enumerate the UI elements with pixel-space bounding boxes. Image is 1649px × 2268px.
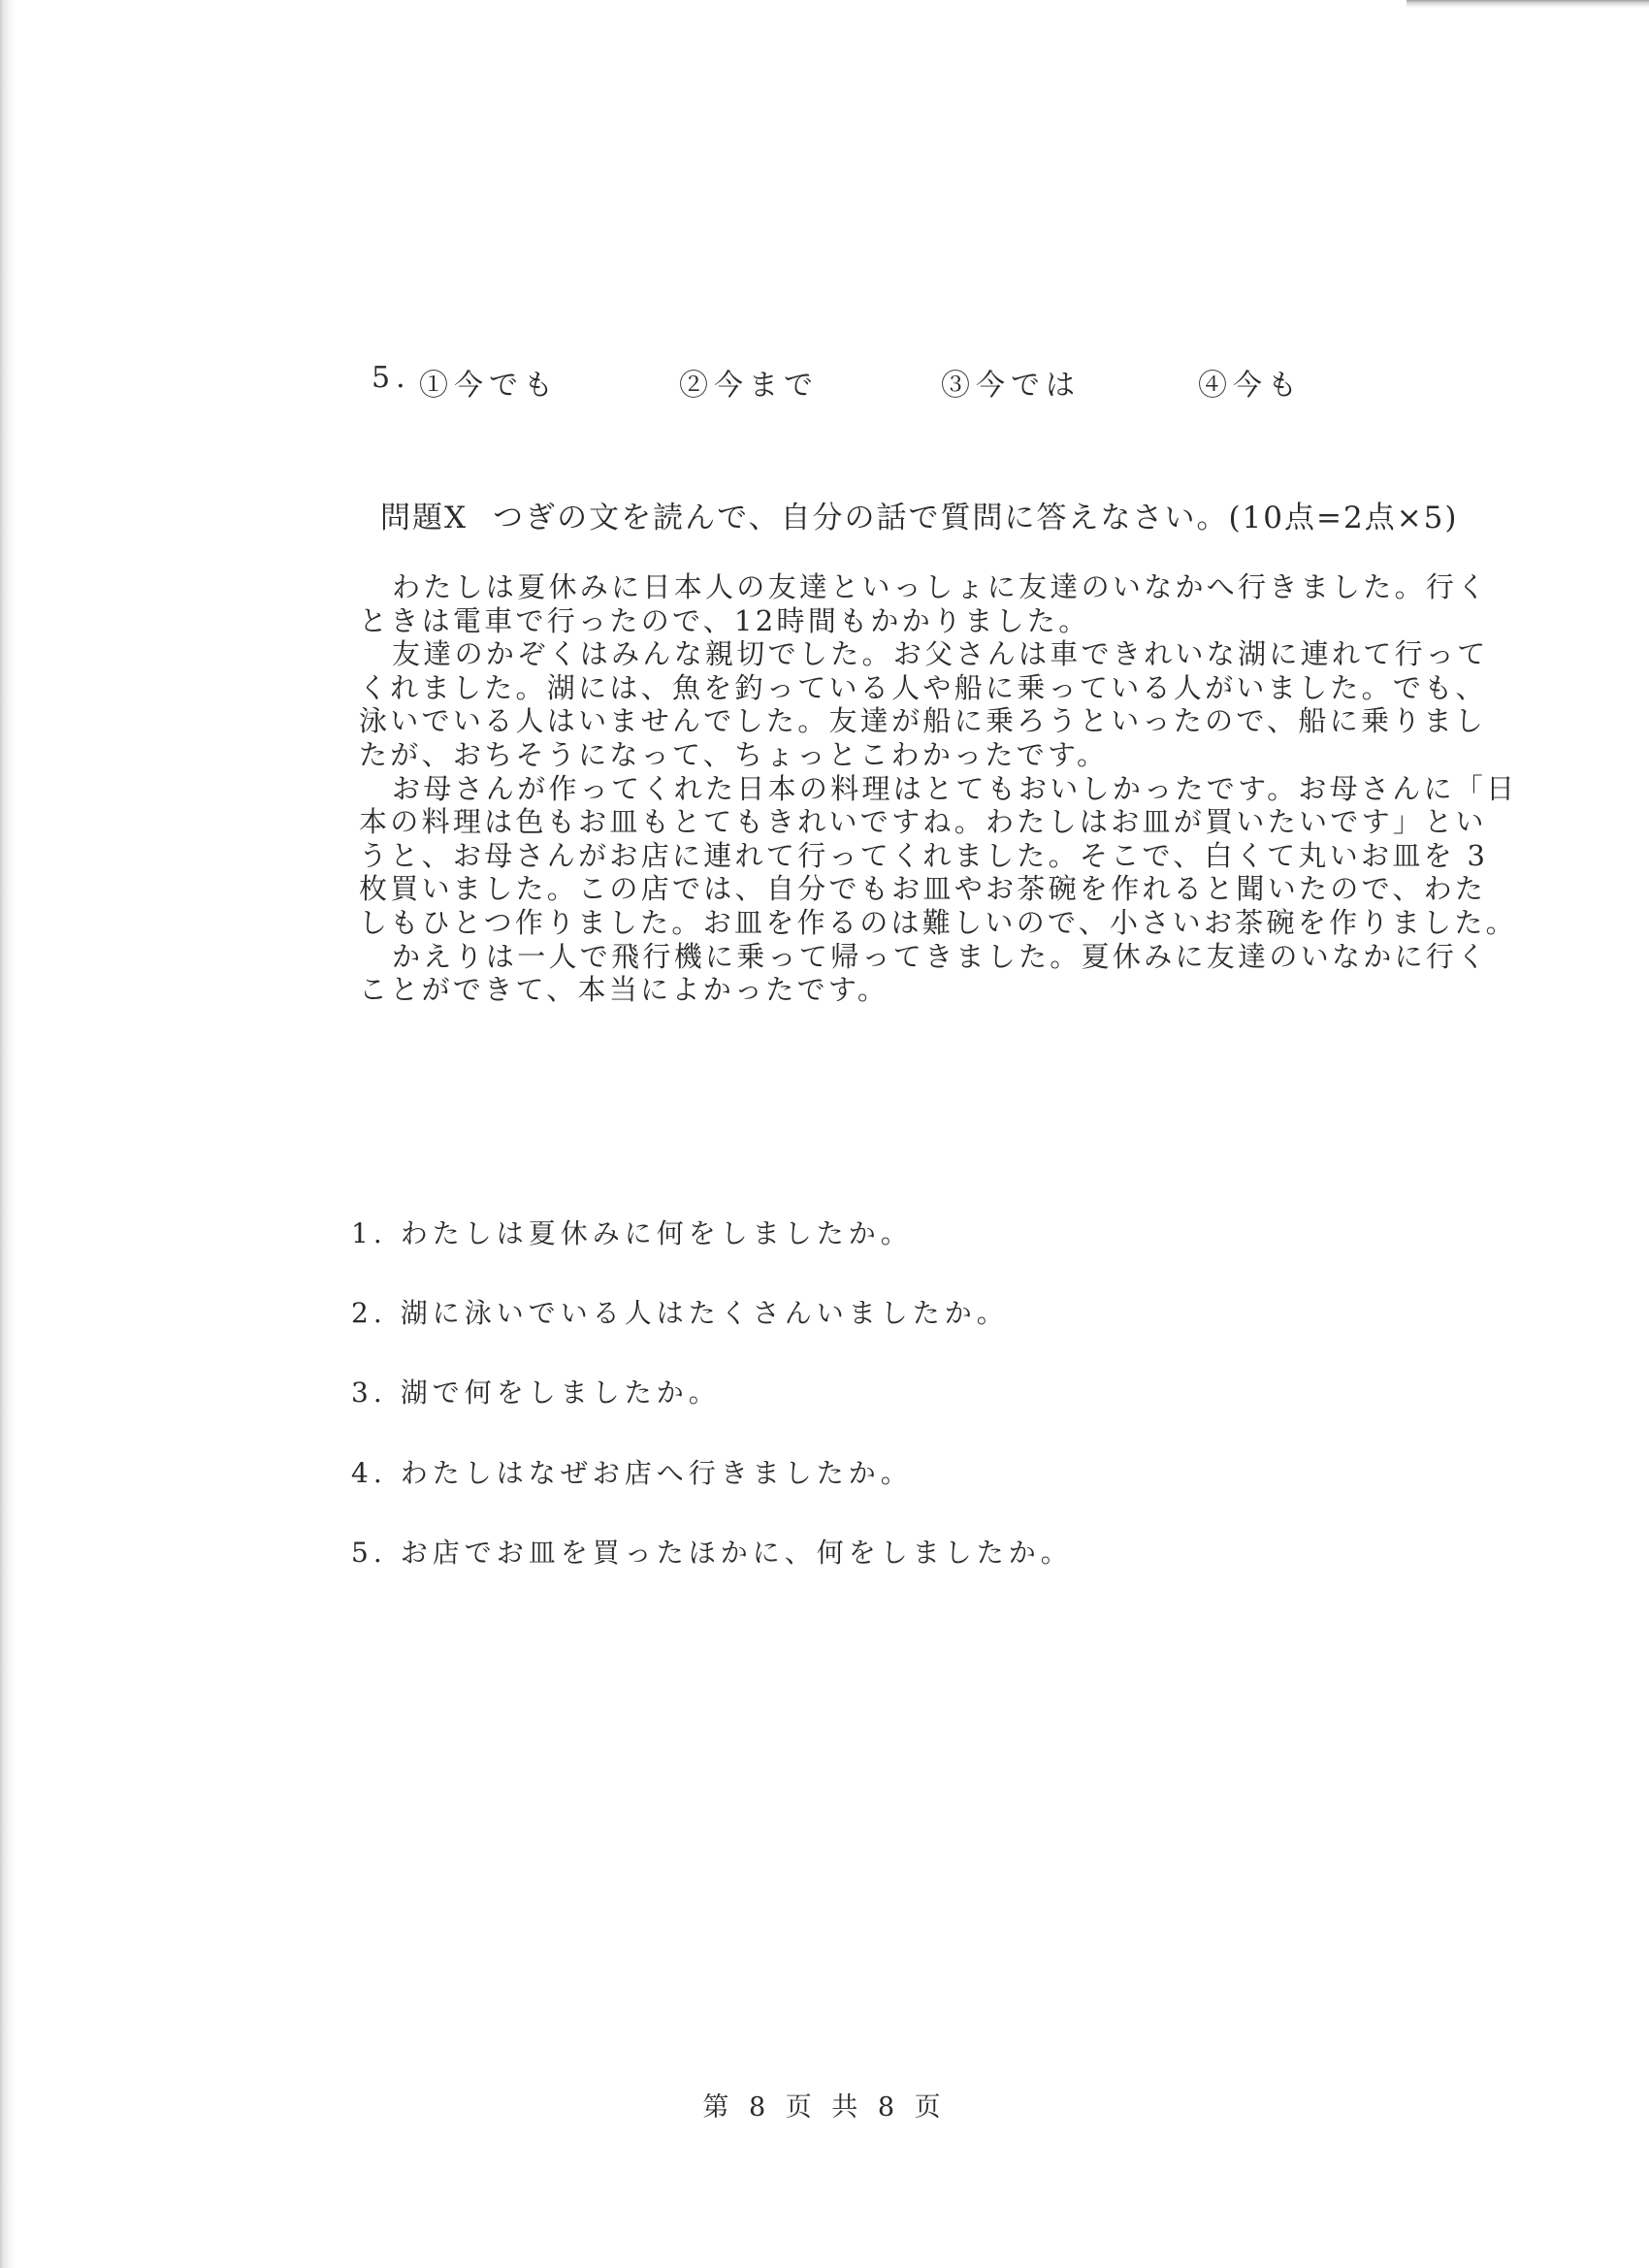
option-3: ③今では — [941, 361, 1081, 404]
question-item: 4.わたしはなぜお店へ行きましたか。 — [351, 1452, 913, 1491]
option-2: ②今まで — [679, 361, 819, 404]
question-text: わたしは夏休みに何をしましたか。 — [401, 1217, 913, 1249]
section-number: 問題Ⅹ — [380, 501, 468, 535]
section-heading: 問題Ⅹつぎの文を読んで、自分の話で質問に答えなさい。(10点=2点×5) — [380, 493, 1459, 536]
option-1: ①今でも — [419, 361, 559, 404]
question-item: 3.湖で何をしましたか。 — [351, 1372, 721, 1410]
passage-line: お母さんが作ってくれた日本の料理はとてもおいしかったです。お母さんに「日 — [359, 772, 1395, 806]
passage-line: ことができて、本当によかったです。 — [359, 973, 1395, 1007]
page-indicator: 第 8 页 共 8 页 — [0, 2086, 1649, 2123]
section-instruction: つぎの文を読んで、自分の話で質問に答えなさい。(10点=2点×5) — [493, 501, 1458, 535]
question-item: 2.湖に泳いでいる人はたくさんいましたか。 — [351, 1292, 1009, 1331]
question-text: 湖で何をしましたか。 — [401, 1377, 721, 1409]
previous-question-number: 5. — [372, 361, 411, 395]
scan-shadow-top — [1406, 0, 1649, 8]
question-number: 3. — [351, 1377, 387, 1409]
passage-line: かえりは一人で飛行機に乗って帰ってきました。夏休みに友達のいなかに行く — [359, 940, 1395, 974]
passage-line: ときは電車で行ったので、12時間もかかりました。 — [359, 604, 1395, 638]
option-4: ④今も — [1198, 361, 1303, 404]
passage-line: わたしは夏休みに日本人の友達といっしょに友達のいなかへ行きました。行く — [359, 570, 1395, 604]
question-number: 2. — [351, 1297, 387, 1329]
reading-passage: わたしは夏休みに日本人の友達といっしょに友達のいなかへ行きました。行く ときは電… — [359, 570, 1395, 1007]
passage-line: しもひとつ作りました。お皿を作るのは難しいので、小さいお茶碗を作りました。 — [359, 906, 1395, 940]
question-item: 1.わたしは夏休みに何をしましたか。 — [351, 1213, 913, 1251]
question-text: お店でお皿を買ったほかに、何をしましたか。 — [401, 1537, 1073, 1569]
question-number: 5. — [351, 1537, 387, 1569]
passage-line: 枚買いました。この店では、自分でもお皿やお茶碗を作れると聞いたので、わた — [359, 872, 1395, 906]
question-number: 1. — [351, 1217, 387, 1249]
question-item: 5.お店でお皿を買ったほかに、何をしましたか。 — [351, 1532, 1073, 1571]
passage-line: うと、お母さんがお店に連れて行ってくれました。そこで、白くて丸いお皿を 3 — [359, 839, 1395, 873]
passage-line: 泳いでいる人はいませんでした。友達が船に乗ろうといったので、船に乗りまし — [359, 704, 1395, 738]
passage-line: たが、おちそうになって、ちょっとこわかったです。 — [359, 738, 1395, 772]
passage-line: 友達のかぞくはみんな親切でした。お父さんは車できれいな湖に連れて行って — [359, 637, 1395, 671]
question-text: 湖に泳いでいる人はたくさんいましたか。 — [401, 1297, 1009, 1329]
question-number: 4. — [351, 1457, 387, 1489]
passage-line: くれました。湖には、魚を釣っている人や船に乗っている人がいました。でも、 — [359, 671, 1395, 705]
passage-line: 本の料理は色もお皿もとてもきれいですね。わたしはお皿が買いたいです」とい — [359, 805, 1395, 839]
question-text: わたしはなぜお店へ行きましたか。 — [401, 1457, 913, 1489]
scan-shadow-left — [0, 0, 16, 2268]
